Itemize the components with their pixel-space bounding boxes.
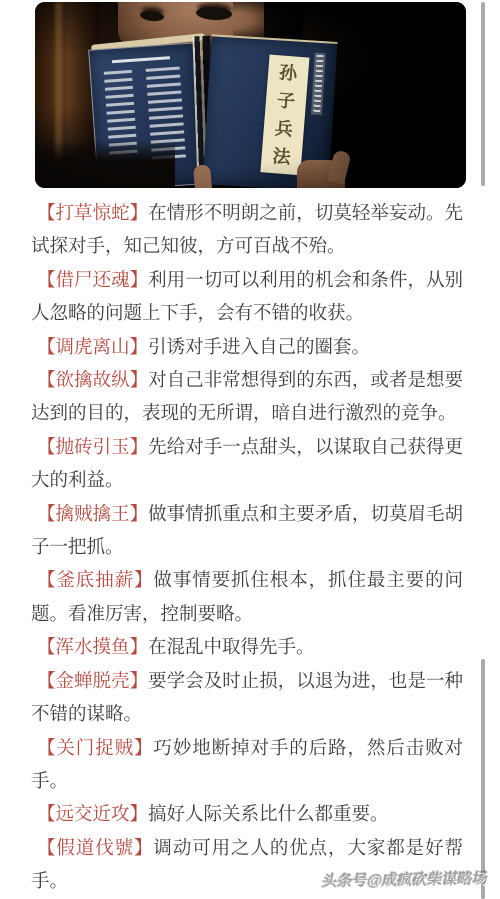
stratagem-paragraph: 【调虎离山】引诱对手进入自己的圈套。 [31,330,463,363]
stratagem-definition: 搞好人际关系比什么都重要。 [148,803,389,824]
stratagem-term: 【打草惊蛇】 [37,202,148,223]
book-toc-header [112,56,170,63]
book-title-text: 孙子兵法 [271,58,300,171]
stratagem-term: 【调虎离山】 [37,336,148,357]
stratagem-term: 【假道伐號】 [37,837,153,858]
stratagem-definition: 引诱对手进入自己的圈套。 [148,336,370,357]
article-hero-image: 孙子兵法 [35,2,466,188]
stratagem-term: 【擒贼擒王】 [37,503,148,524]
stratagem-term: 【远交近攻】 [37,803,148,824]
stratagem-term: 【欲擒故纵】 [37,369,148,390]
stratagem-paragraph: 【借尸还魂】利用一切可以利用的机会和条件，从别人忽略的问题上下手，会有不错的收获… [31,263,463,330]
scrollbar-thumb-top[interactable] [481,2,485,186]
stratagem-term: 【抛砖引玉】 [37,436,148,457]
watermark: 头条号@成疯砍柴谋略场 [321,868,490,892]
stratagem-paragraph: 【抛砖引玉】先给对手一点甜头，以谋取自己获得更大的利益。 [31,430,463,497]
stratagem-paragraph: 【打草惊蛇】在情形不明朗之前，切莫轻举妄动。先试探对手，知己知彼，方可百战不殆。 [31,196,463,263]
stratagem-term: 【釜底抽薪】 [37,569,153,590]
stratagem-paragraph: 【浑水摸鱼】在混乱中取得先手。 [31,630,463,663]
stratagem-paragraph: 【远交近攻】搞好人际关系比什么都重要。 [31,797,463,830]
stratagem-paragraph: 【釜底抽薪】做事情要抓住根本，抓住最主要的问题。看准厉害，控制要略。 [31,563,463,630]
stratagem-paragraph: 【擒贼擒王】做事情抓重点和主要矛盾，切莫眉毛胡子一把抓。 [31,497,463,564]
clothing-shadow [35,140,175,188]
stratagem-term: 【关门捉贼】 [37,737,153,758]
stratagem-paragraph: 【关门捉贼】巧妙地断掉对手的后路，然后击败对手。 [31,731,463,798]
book-title-label: 孙子兵法 [260,55,309,176]
stratagem-term: 【浑水摸鱼】 [37,636,148,657]
article-body: 【打草惊蛇】在情形不明朗之前，切莫轻举妄动。先试探对手，知己知彼，方可百战不殆。… [31,196,463,898]
finger [193,164,212,188]
stratagem-term: 【借尸还魂】 [37,269,148,290]
scrollbar-thumb-bottom[interactable] [481,659,485,899]
cover-series-strip [311,53,326,116]
stratagem-paragraph: 【金蝉脱壳】要学会及时止损，以退为进，也是一种不错的谋略。 [31,664,463,731]
stratagem-paragraph: 【欲擒故纵】对自己非常想得到的东西，或者是想要达到的目的，表现的无所谓，暗自进行… [31,363,463,430]
stratagem-definition: 在混乱中取得先手。 [148,636,315,657]
stratagem-term: 【金蝉脱壳】 [37,670,148,691]
